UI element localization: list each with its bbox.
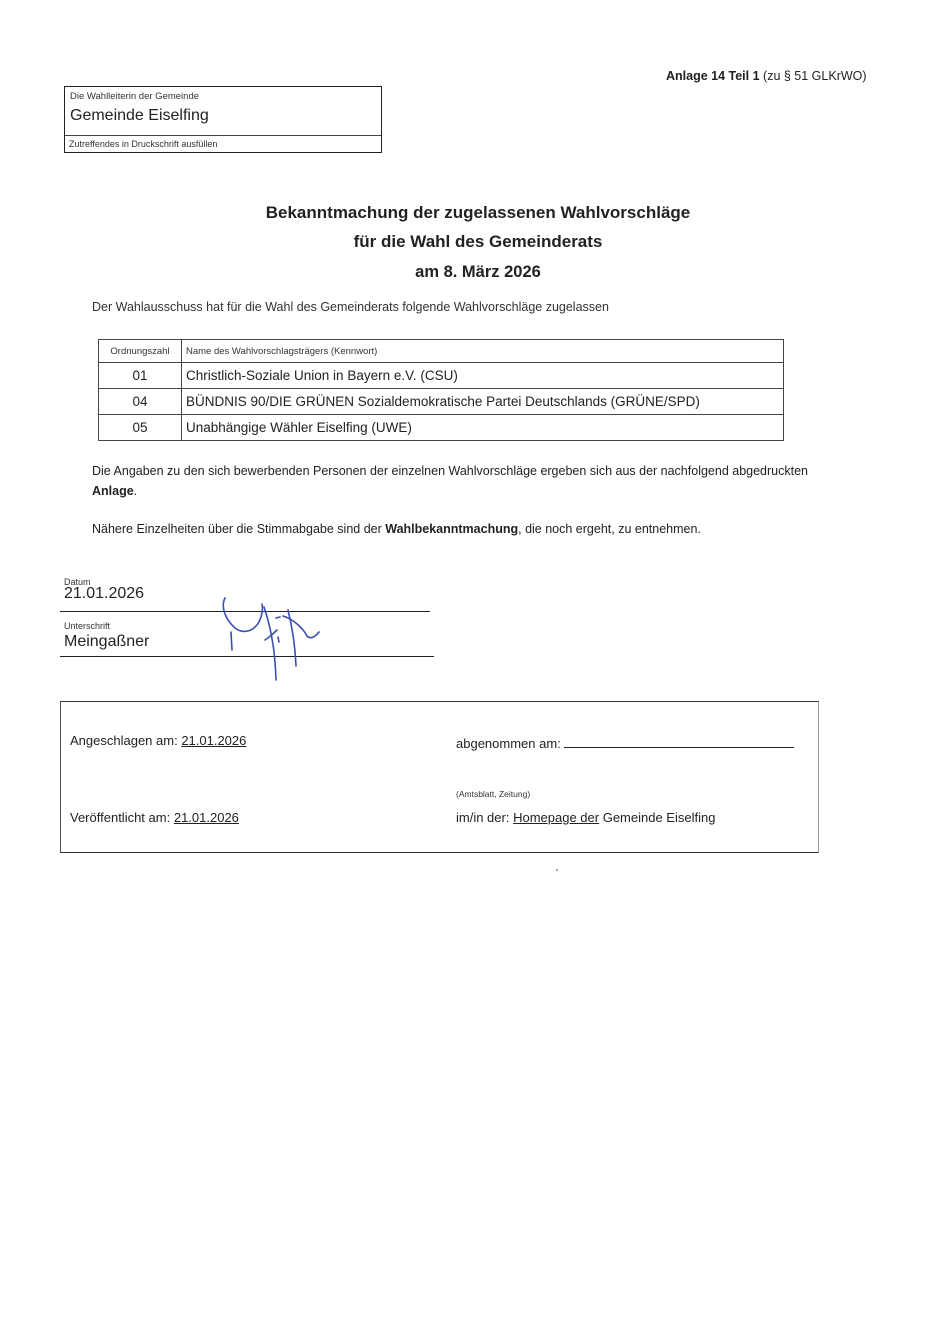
annex-ref-rest: (zu § 51 GLKrWO) <box>763 69 867 83</box>
issuer-name: Gemeinde Eiselfing <box>70 107 209 125</box>
row-name: Unabhängige Wähler Eiselfing (UWE) <box>182 415 784 441</box>
title-date: am 8. März 2026 <box>0 259 950 286</box>
row-name: Christlich-Soziale Union in Bayern e.V. … <box>182 363 784 389</box>
column-header-number: Ordnungszahl <box>99 340 182 363</box>
row-number: 05 <box>99 415 182 441</box>
published-date: 21.01.2026 <box>174 810 239 825</box>
row-name: BÜNDNIS 90/DIE GRÜNEN Sozialdemokratisch… <box>182 389 784 415</box>
posting-record-box: Angeschlagen am: 21.01.2026 abgenommen a… <box>60 701 819 853</box>
published-field: Veröffentlicht am: 21.01.2026 <box>70 810 239 825</box>
paragraph-bold: Wahlbekanntmachung <box>385 522 518 536</box>
signature-label: Unterschrift <box>64 621 110 631</box>
paragraph-text: , die noch ergeht, zu entnehmen. <box>518 522 701 536</box>
intro-text: Der Wahlausschuss hat für die Wahl des G… <box>92 300 609 314</box>
signer-name: Meingaßner <box>64 633 149 651</box>
removed-field: abgenommen am: <box>456 733 794 751</box>
scan-speck <box>556 869 558 871</box>
table-row: 01 Christlich-Soziale Union in Bayern e.… <box>99 363 784 389</box>
title-line-2: für die Wahl des Gemeinderats <box>0 227 950 256</box>
issuer-divider <box>65 135 381 136</box>
column-header-name: Name des Wahlvorschlagsträgers (Kennwort… <box>182 340 784 363</box>
posted-field: Angeschlagen am: 21.01.2026 <box>70 733 246 748</box>
date-value: 21.01.2026 <box>64 585 144 603</box>
medium-label: im/in der: <box>456 810 509 825</box>
posted-label: Angeschlagen am: <box>70 733 178 748</box>
page-title: Bekanntmachung der zugelassenen Wahlvors… <box>0 198 950 286</box>
row-number: 01 <box>99 363 182 389</box>
medium-link: Homepage der <box>513 810 599 825</box>
paragraph-text: . <box>134 484 137 498</box>
table-header-row: Ordnungszahl Name des Wahlvorschlagsträg… <box>99 340 784 363</box>
row-number: 04 <box>99 389 182 415</box>
annex-reference: Anlage 14 Teil 1 (zu § 51 GLKrWO) <box>666 69 867 83</box>
issuer-hint: Zutreffendes in Druckschrift ausfüllen <box>69 139 217 149</box>
issuer-caption: Die Wahlleiterin der Gemeinde <box>70 91 199 102</box>
annex-ref-bold: Anlage 14 Teil 1 <box>666 69 760 83</box>
voting-info-paragraph: Nähere Einzelheiten über die Stimmabgabe… <box>92 519 837 539</box>
paragraph-bold: Anlage <box>92 484 134 498</box>
paragraph-text: Die Angaben zu den sich bewerbenden Pers… <box>92 464 808 478</box>
removed-label: abgenommen am: <box>456 736 561 751</box>
issuer-box: Die Wahlleiterin der Gemeinde Gemeinde E… <box>64 86 382 153</box>
candidates-paragraph: Die Angaben zu den sich bewerbenden Pers… <box>92 461 837 501</box>
paragraph-text: Nähere Einzelheiten über die Stimmabgabe… <box>92 522 385 536</box>
medium-rest: Gemeinde Eiselfing <box>599 810 715 825</box>
handwritten-signature-icon <box>215 592 340 687</box>
title-line-1: Bekanntmachung der zugelassenen Wahlvors… <box>0 198 950 227</box>
posted-date: 21.01.2026 <box>181 733 246 748</box>
published-label: Veröffentlicht am: <box>70 810 170 825</box>
table-row: 05 Unabhängige Wähler Eiselfing (UWE) <box>99 415 784 441</box>
table-row: 04 BÜNDNIS 90/DIE GRÜNEN Sozialdemokrati… <box>99 389 784 415</box>
medium-caption: (Amtsblatt, Zeitung) <box>456 789 530 799</box>
proposals-table: Ordnungszahl Name des Wahlvorschlagsträg… <box>98 339 784 441</box>
removed-date-blank <box>564 733 794 748</box>
medium-field: im/in der: Homepage der Gemeinde Eiselfi… <box>456 810 715 825</box>
